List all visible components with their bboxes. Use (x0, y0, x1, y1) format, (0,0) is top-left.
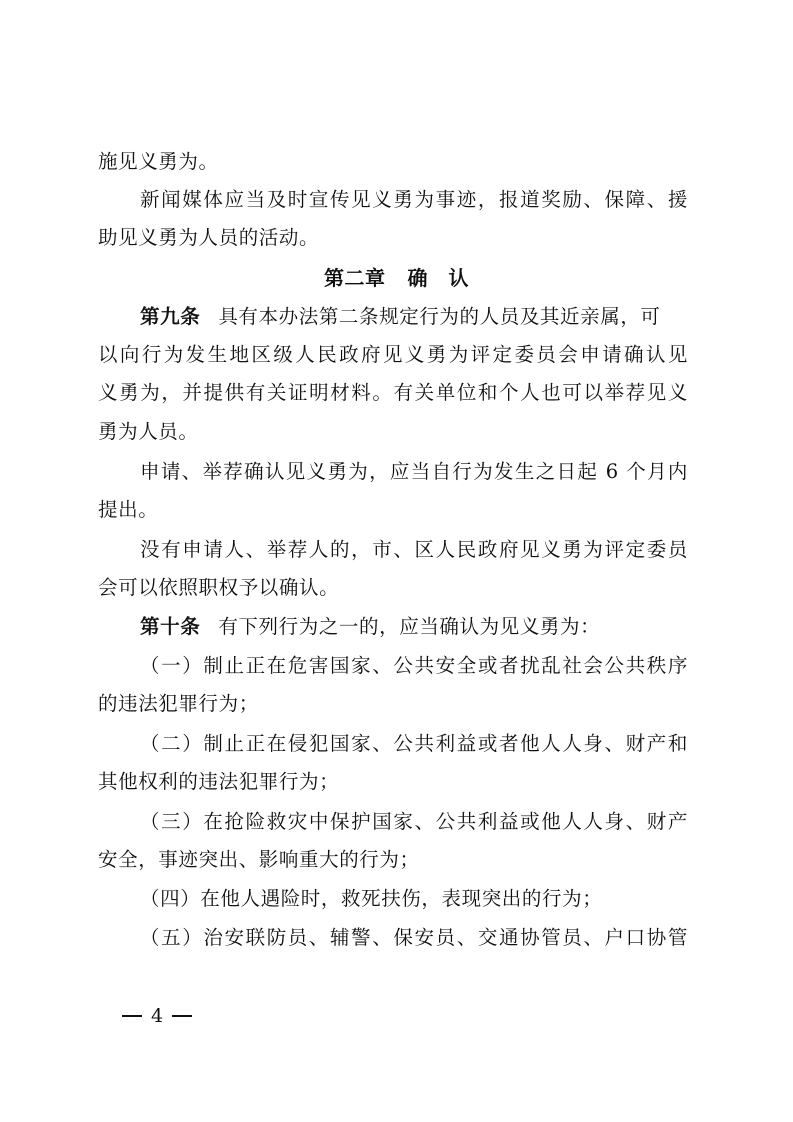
body-text-line: 义勇为，并提供有关证明材料。有关单位和个人也可以举荐见义 (98, 381, 688, 405)
body-text-line: 新闻媒体应当及时宣传见义勇为事迹，报道奖励、保障、援 (140, 188, 688, 212)
list-item-line: 其他权利的违法犯罪行为； (98, 770, 688, 794)
body-text-line: 勇为人员。 (98, 420, 688, 444)
dash-decoration (172, 1015, 192, 1017)
page-number-value: 4 (151, 1004, 163, 1028)
body-text-line: 施见义勇为。 (98, 150, 688, 174)
article-label: 第十条 (140, 615, 200, 638)
article-10-first-line: 第十条有下列行为之一的，应当确认为见义勇为： (140, 615, 688, 639)
article-text: 具有本办法第二条规定行为的人员及其近亲属，可 (218, 305, 660, 328)
list-item-line: （一）制止正在危害国家、公共安全或者扰乱社会公共秩序 (140, 654, 688, 678)
body-text-line: 会可以依照职权予以确认。 (98, 576, 688, 600)
body-text-line: 提出。 (98, 498, 688, 522)
list-item-line: （五）治安联防员、辅警、保安员、交通协管员、户口协管 (140, 926, 688, 950)
article-label: 第九条 (140, 305, 200, 328)
article-text: 有下列行为之一的，应当确认为见义勇为： (218, 615, 600, 638)
body-text-line: 没有申请人、举荐人的，市、区人民政府见义勇为评定委员 (140, 538, 688, 562)
page-number: 4 (122, 1004, 192, 1028)
list-item-line: （三）在抢险救灾中保护国家、公共利益或他人人身、财产 (140, 810, 688, 834)
list-item-line: （四）在他人遇险时，救死扶伤，表现突出的行为； (140, 887, 688, 911)
body-text-line: 以向行为发生地区级人民政府见义勇为评定委员会申请确认见 (98, 343, 688, 367)
article-9-first-line: 第九条具有本办法第二条规定行为的人员及其近亲属，可 (140, 305, 688, 329)
chapter-title: 确 认 (408, 266, 470, 290)
body-text-line: 助见义勇为人员的活动。 (98, 226, 688, 250)
chapter-number: 第二章 (324, 266, 386, 290)
list-item-line: 的违法犯罪行为； (98, 692, 688, 716)
list-item-line: （二）制止正在侵犯国家、公共利益或者他人人身、财产和 (140, 732, 688, 756)
body-text-line: 申请、举荐确认见义勇为，应当自行为发生之日起 6 个月内 (140, 460, 688, 484)
chapter-heading: 第二章确 认 (0, 266, 793, 290)
list-item-line: 安全，事迹突出、影响重大的行为； (98, 848, 688, 872)
dash-decoration (122, 1015, 142, 1017)
document-page: 施见义勇为。 新闻媒体应当及时宣传见义勇为事迹，报道奖励、保障、援 助见义勇为人… (0, 0, 793, 1122)
